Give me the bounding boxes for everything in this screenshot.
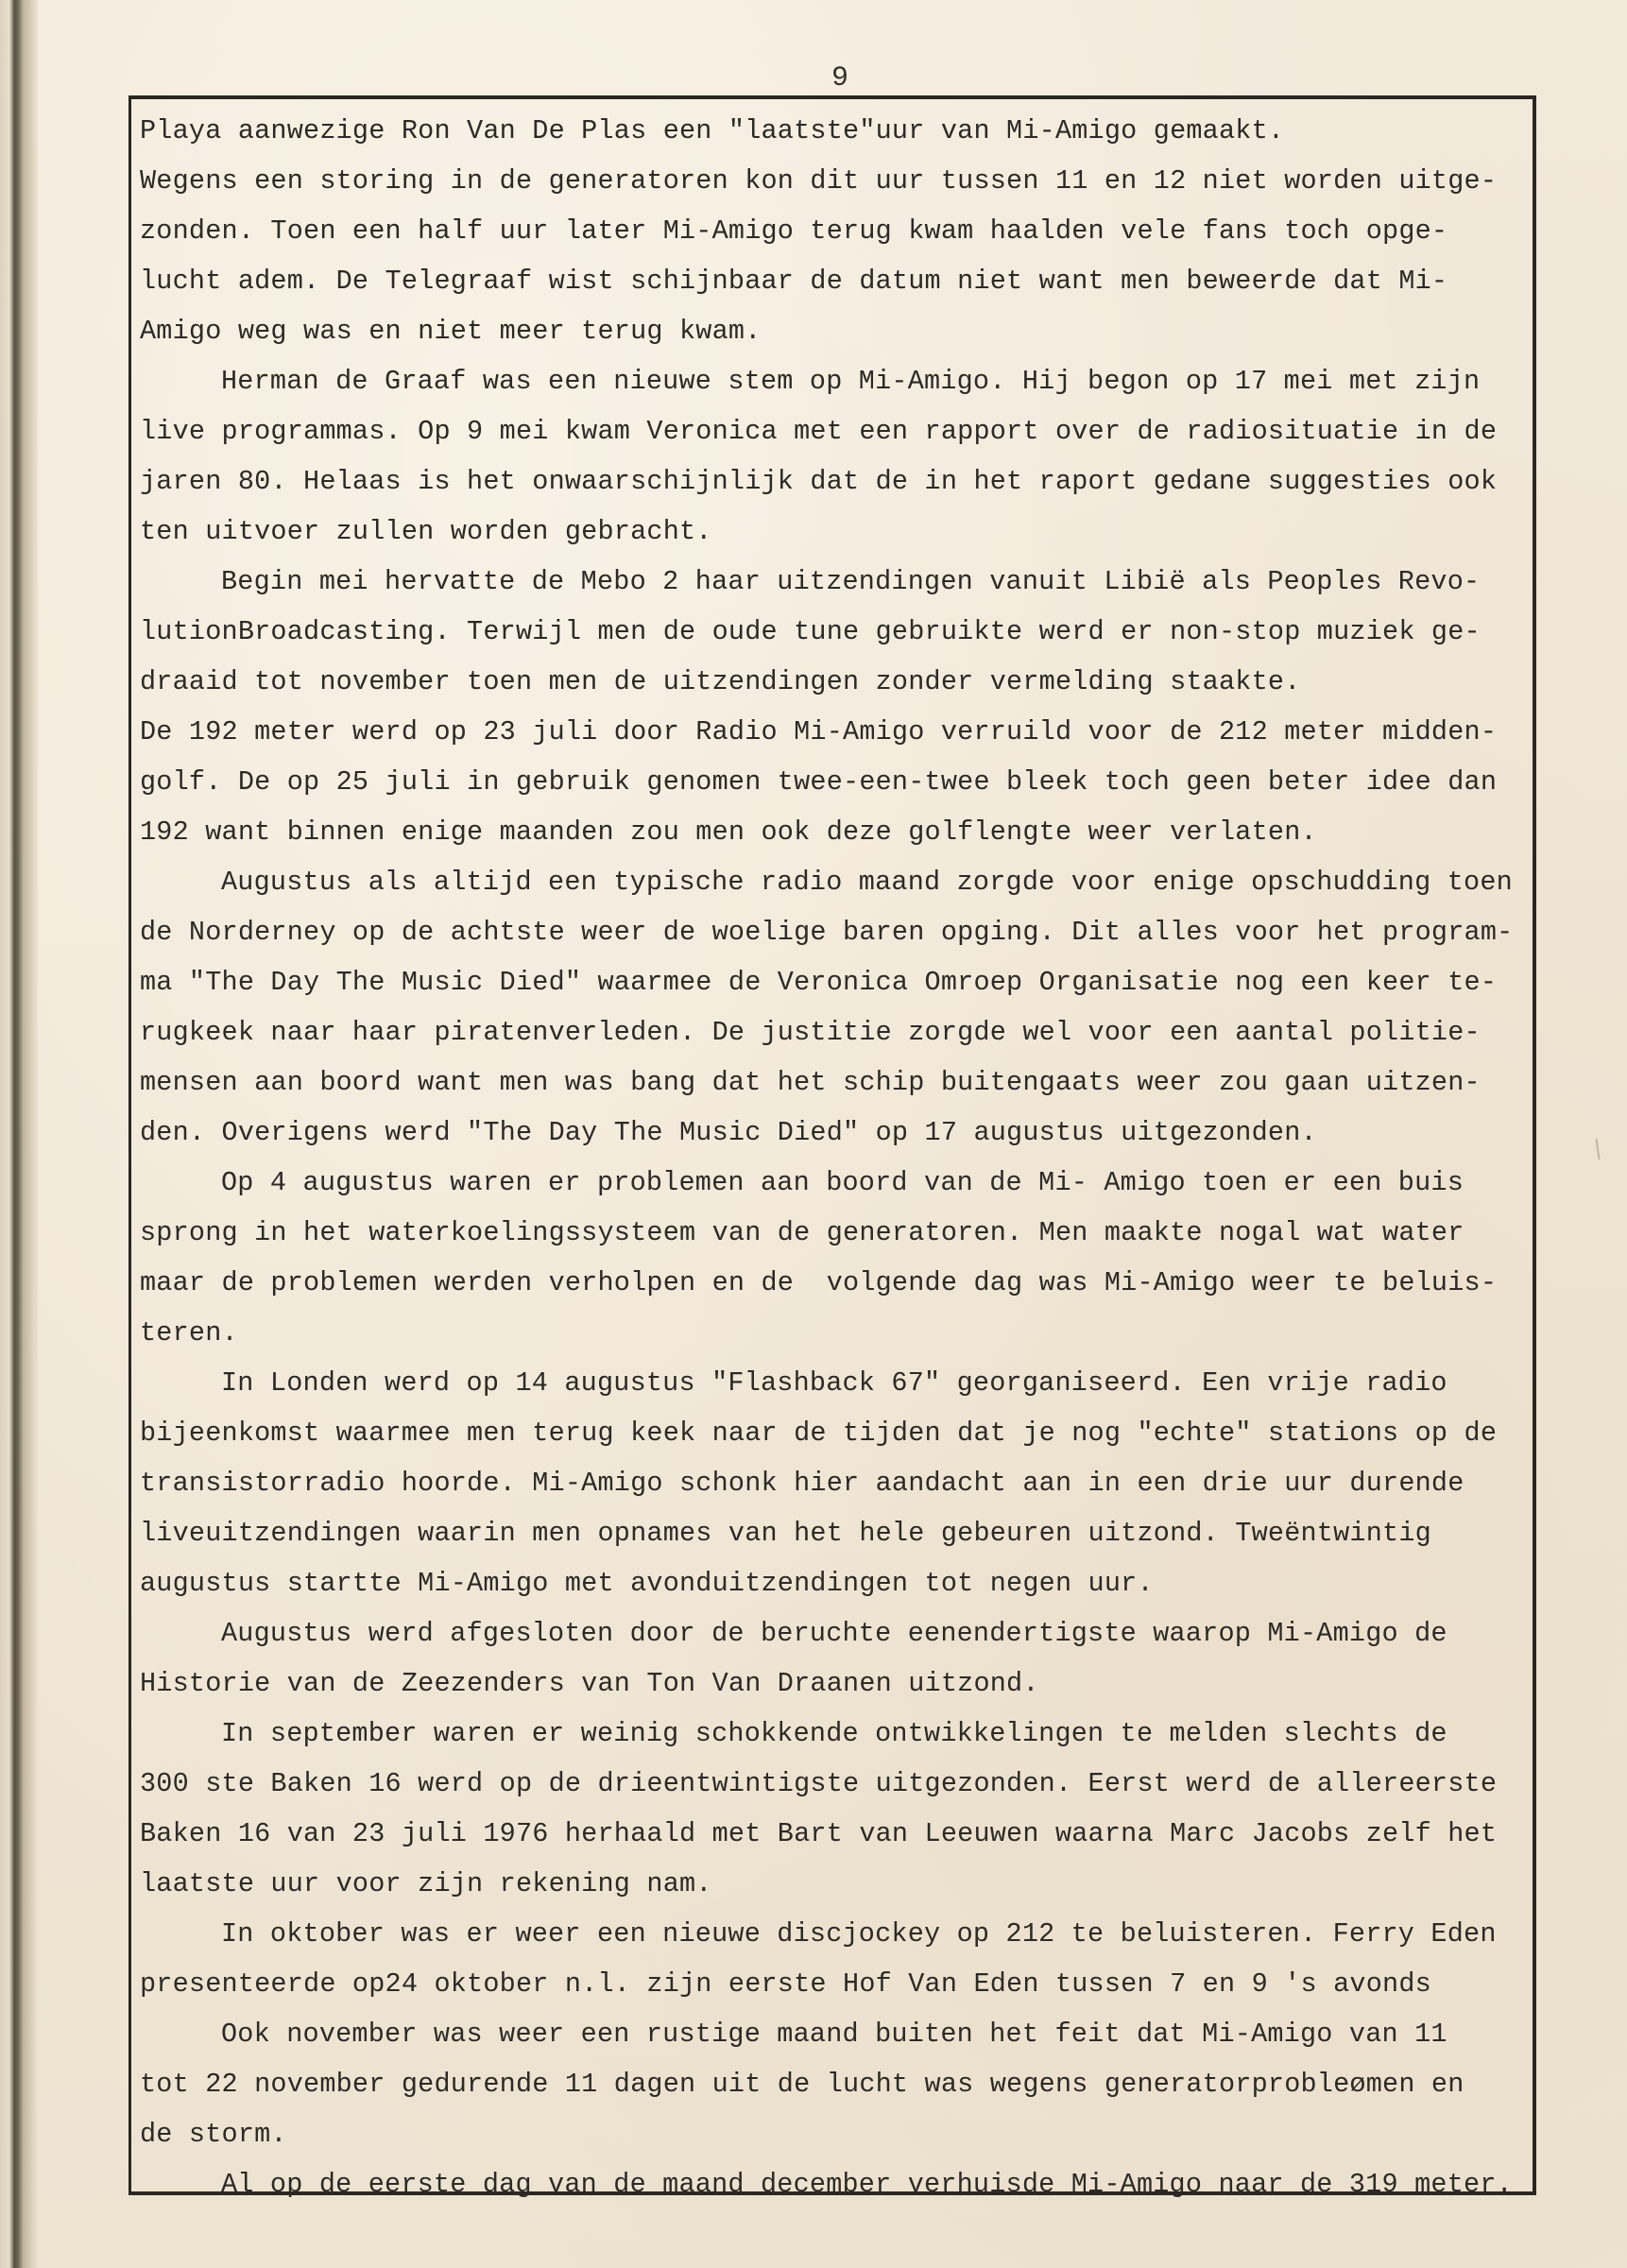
text-line-indented: Al op de eerste dag van de maand decembe… (140, 2159, 1529, 2209)
text-line: den. Overigens werd "The Day The Music D… (140, 1108, 1529, 1158)
text-line: augustus startte Mi-Amigo met avonduitze… (140, 1558, 1529, 1608)
text-line: bijeenkomst waarmee men terug keek naar … (140, 1408, 1529, 1458)
text-line: de storm. (140, 2109, 1529, 2159)
text-line: Historie van de Zeezenders van Ton Van D… (140, 1658, 1529, 1709)
text-line: de Norderney op de achtste weer de woeli… (140, 907, 1529, 957)
text-line-indented: Ook november was weer een rustige maand … (140, 2009, 1529, 2059)
text-line: presenteerde op24 oktober n.l. zijn eers… (140, 1959, 1529, 2009)
text-line-indented: In Londen werd op 14 augustus "Flashback… (140, 1358, 1529, 1408)
text-line: Playa aanwezige Ron Van De Plas een "laa… (140, 106, 1529, 156)
text-line-indented: Augustus als altijd een typische radio m… (140, 857, 1529, 907)
text-line: tot 22 november gedurende 11 dagen uit d… (140, 2059, 1529, 2109)
text-line: Wegens een storing in de generatoren kon… (140, 156, 1529, 206)
text-line: zonden. Toen een half uur later Mi-Amigo… (140, 206, 1529, 256)
text-line: mensen aan boord want men was bang dat h… (140, 1057, 1529, 1108)
binding-shadow (0, 0, 38, 2268)
text-line: laatste uur voor zijn rekening nam. (140, 1859, 1529, 1909)
text-line: maar de problemen werden verholpen en de… (140, 1258, 1529, 1308)
text-line: draaid tot november toen men de uitzendi… (140, 657, 1529, 707)
article-body: Playa aanwezige Ron Van De Plas een "laa… (140, 106, 1529, 2209)
text-line-indented: Augustus werd afgesloten door de berucht… (140, 1608, 1529, 1658)
text-line: rugkeek naar haar piratenverleden. De ju… (140, 1007, 1529, 1057)
text-line: sprong in het waterkoelingssysteem van d… (140, 1208, 1529, 1258)
text-line: lutionBroadcasting. Terwijl men de oude … (140, 607, 1529, 657)
text-line: jaren 80. Helaas is het onwaarschijnlijk… (140, 456, 1529, 507)
text-line: ma "The Day The Music Died" waarmee de V… (140, 957, 1529, 1007)
text-line: lucht adem. De Telegraaf wist schijnbaar… (140, 256, 1529, 306)
text-line-indented: Herman de Graaf was een nieuwe stem op M… (140, 356, 1529, 406)
text-line-indented: Begin mei hervatte de Mebo 2 haar uitzen… (140, 557, 1529, 607)
text-line: Amigo weg was en niet meer terug kwam. (140, 306, 1529, 356)
page-number: 9 (824, 62, 856, 94)
margin-pencil-mark (1595, 1139, 1600, 1160)
text-line: golf. De op 25 juli in gebruik genomen t… (140, 757, 1529, 807)
text-line: De 192 meter werd op 23 juli door Radio … (140, 707, 1529, 757)
text-line: 300 ste Baken 16 werd op de drieentwinti… (140, 1759, 1529, 1809)
text-line-indented: Op 4 augustus waren er problemen aan boo… (140, 1158, 1529, 1208)
text-line: transistorradio hoorde. Mi-Amigo schonk … (140, 1458, 1529, 1508)
text-line: teren. (140, 1308, 1529, 1358)
text-line-indented: In oktober was er weer een nieuwe discjo… (140, 1909, 1529, 1959)
text-line-indented: In september waren er weinig schokkende … (140, 1709, 1529, 1759)
text-line: Baken 16 van 23 juli 1976 herhaald met B… (140, 1809, 1529, 1859)
text-line: 192 want binnen enige maanden zou men oo… (140, 807, 1529, 857)
text-line: ten uitvoer zullen worden gebracht. (140, 507, 1529, 557)
text-line: liveuitzendingen waarin men opnames van … (140, 1508, 1529, 1558)
text-line: live programmas. Op 9 mei kwam Veronica … (140, 406, 1529, 456)
